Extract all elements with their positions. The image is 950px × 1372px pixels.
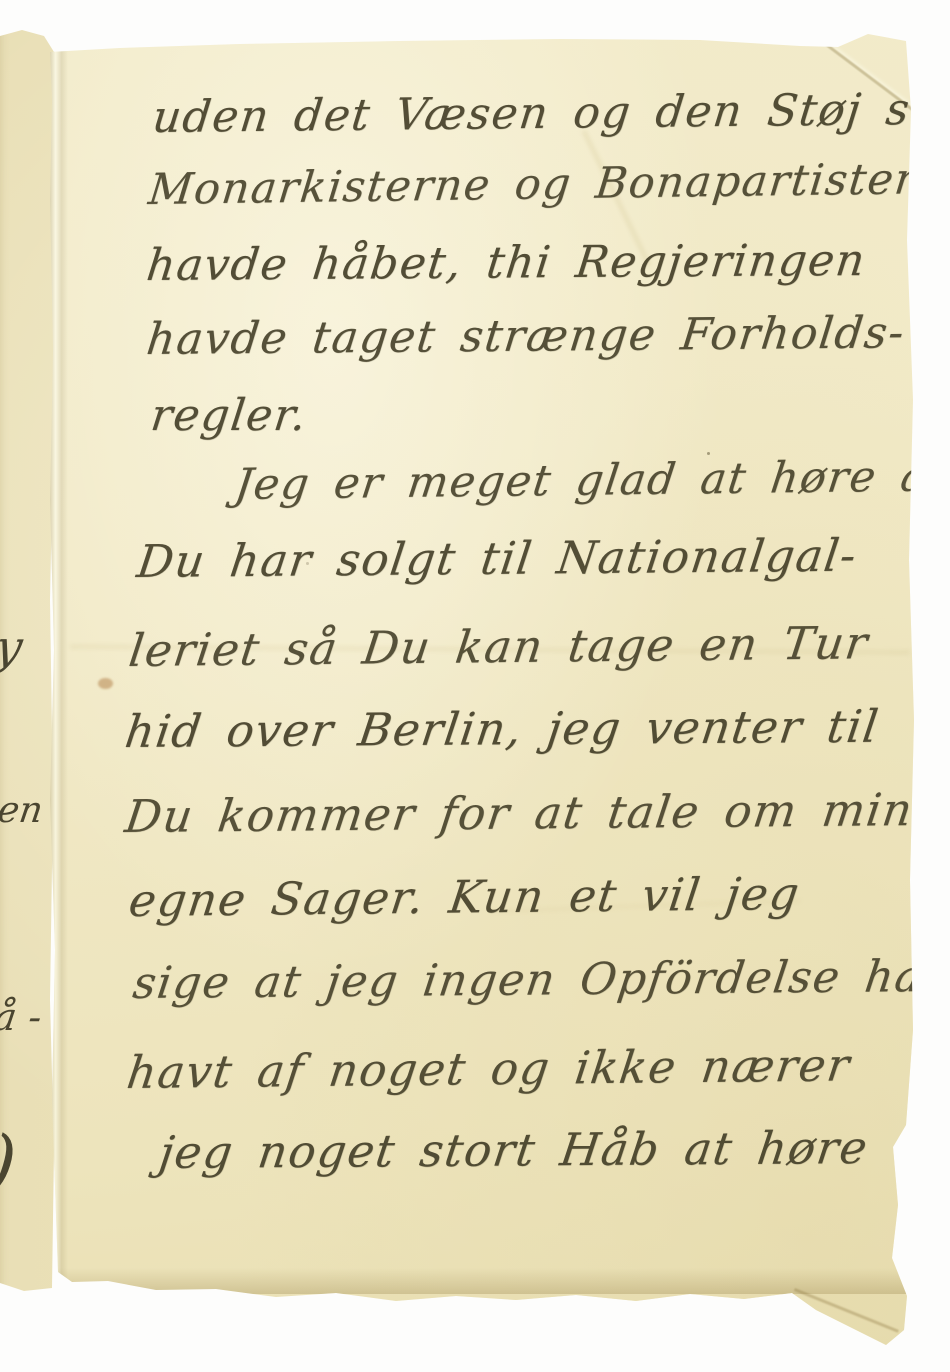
- handwritten-line-13: havt af noget og ikke nærer: [124, 1038, 854, 1099]
- handwritten-line-5: regler.: [148, 390, 310, 441]
- torn-bottom-edge-shading: [50, 1268, 910, 1294]
- stain: [98, 678, 113, 689]
- adjacent-page-text-fragment: y: [0, 620, 27, 674]
- torn-corner-crease: [794, 1288, 899, 1333]
- handwritten-line-10: Du kommer for at tale om mine: [122, 783, 945, 843]
- handwritten-line-7: Du har solgt til Nationalgal-: [134, 529, 860, 588]
- adjacent-page-text-fragment: en: [0, 790, 45, 831]
- adjacent-page-text-fragment: ): [0, 1120, 21, 1204]
- handwritten-line-11: egne Sager. Kun et vil jeg: [126, 867, 803, 927]
- handwritten-line-9: hid over Berlin, jeg venter til: [122, 700, 882, 758]
- letter-page: uden det Væsen og den Støj som Monarkist…: [0, 0, 950, 1372]
- scan-background: y en å - ) uden det Væsen og den Støj so…: [0, 0, 950, 1372]
- handwritten-line-2: Monarkisterne og Bonapartisterne: [146, 154, 950, 215]
- handwritten-line-3: havde håbet, thi Regjeringen: [144, 235, 869, 291]
- handwritten-line-8: leriet så Du kan tage en Tur: [126, 616, 872, 677]
- handwritten-line-6: Jeg er meget glad at høre at: [232, 451, 950, 510]
- handwritten-line-1: uden det Væsen og den Støj som: [150, 83, 950, 143]
- handwritten-line-4: havde taget strænge Forholds-: [144, 307, 908, 365]
- adjacent-page-text-fragment: å -: [0, 995, 45, 1039]
- handwritten-line-12: sige at jeg ingen Opfördelse har: [130, 951, 949, 1009]
- handwritten-line-14: jeg noget stort Håb at høre: [156, 1121, 872, 1179]
